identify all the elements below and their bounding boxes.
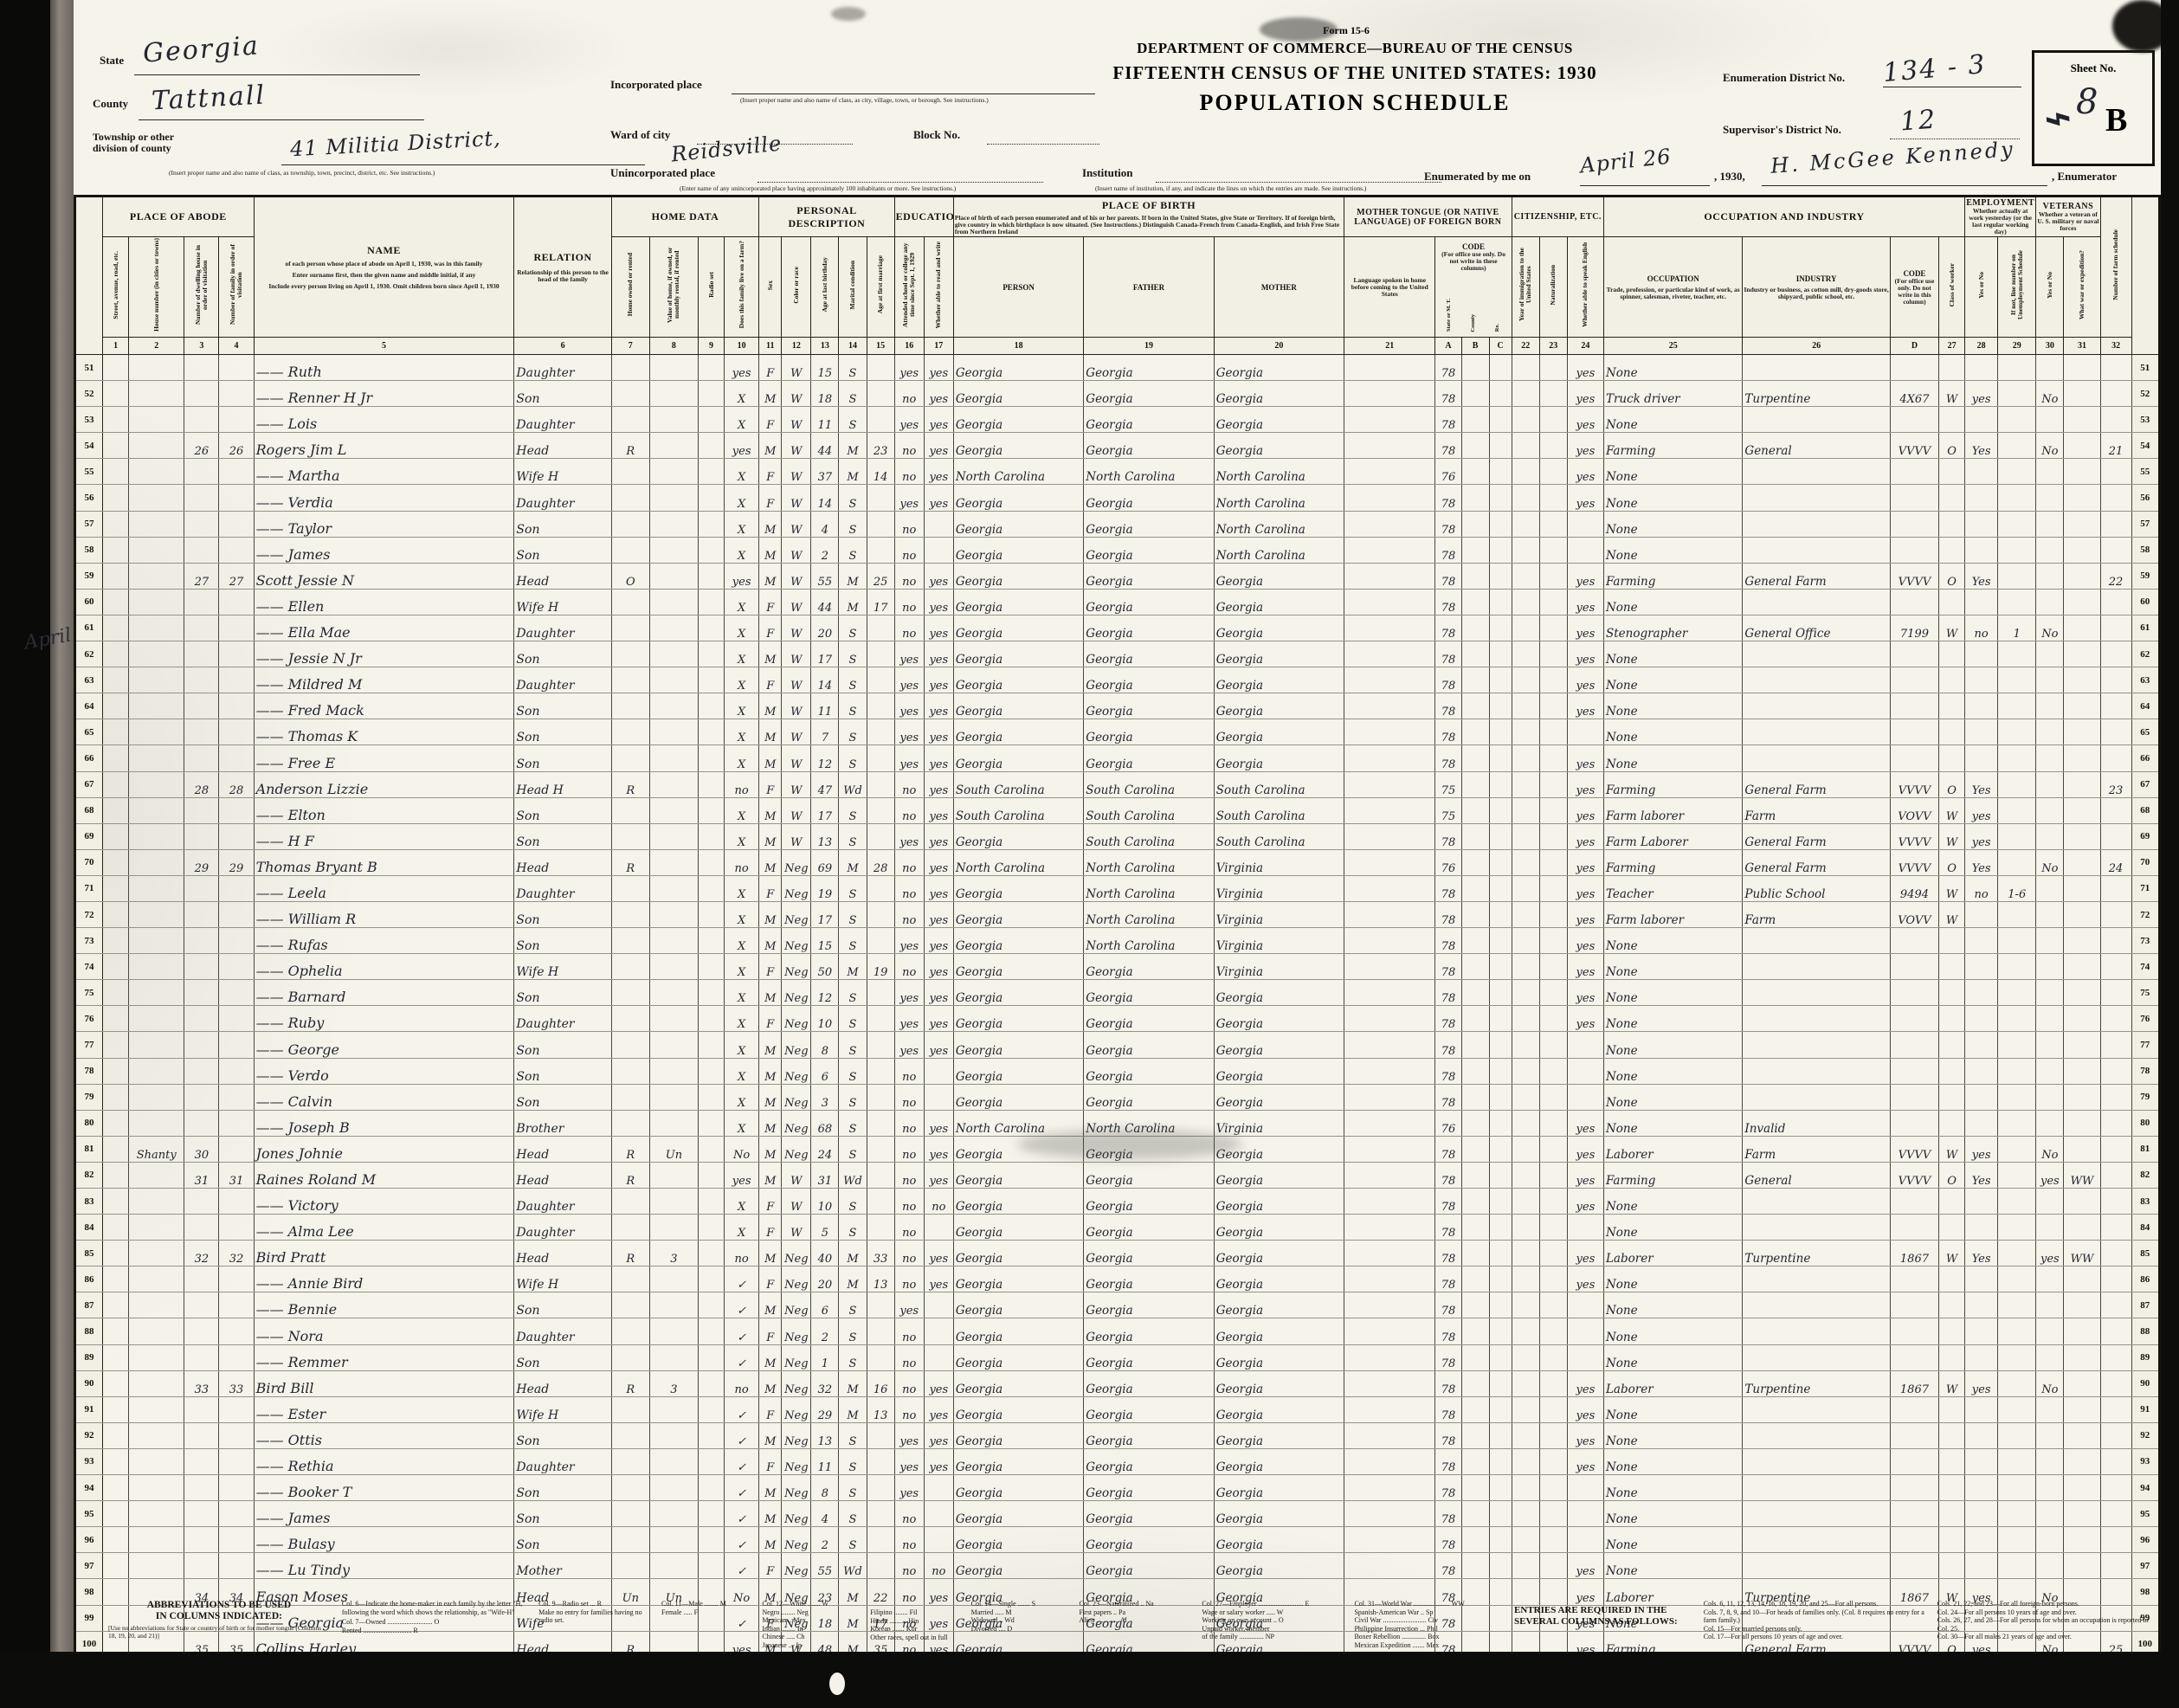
cell-rw	[924, 1344, 953, 1370]
cell-ag: 4	[811, 511, 839, 537]
cell-cr: Neg	[782, 1475, 811, 1501]
cell-pb: Georgia	[953, 1032, 1083, 1058]
cell-vl	[649, 459, 698, 485]
cell-wr	[2064, 381, 2100, 407]
cell-vl	[649, 1501, 698, 1527]
cell-pf: Georgia	[1084, 537, 1214, 563]
census-row: 55—— MarthaWife HXFW37M14noyesNorth Caro…	[75, 459, 2160, 485]
cell-lg	[1344, 1266, 1435, 1292]
cell-cb	[1461, 928, 1489, 954]
cell-nm: —— James	[254, 1501, 514, 1527]
cell-cr: Neg	[782, 1396, 811, 1422]
cell-cc	[1489, 407, 1512, 433]
cell-vt	[2036, 1318, 2064, 1344]
block-no-label: Block No.	[913, 128, 960, 142]
cell-fa: X	[725, 1189, 759, 1215]
cell-dw	[184, 1422, 219, 1448]
cell-hn	[129, 615, 184, 641]
cell-st	[103, 1006, 129, 1032]
cell-cw	[1939, 1266, 1965, 1292]
cell-cd	[1890, 1553, 1938, 1579]
cell-yi	[1512, 719, 1539, 745]
cell-cb	[1461, 1501, 1489, 1527]
cell-wr	[2064, 563, 2100, 589]
cell-pf: Georgia	[1084, 641, 1214, 667]
cell-wr	[2064, 511, 2100, 537]
line-number-right: 59	[2131, 563, 2159, 589]
cell-lg	[1344, 1136, 1435, 1162]
cell-na	[1539, 875, 1567, 901]
cell-nm: —— Bulasy	[254, 1527, 514, 1553]
cell-rd	[699, 1215, 725, 1241]
line-number: 80	[75, 1110, 103, 1136]
cell-pm: Georgia	[1214, 407, 1344, 433]
cell-rw: yes	[924, 667, 953, 693]
line-number: 62	[75, 641, 103, 667]
cell-rd	[699, 797, 725, 823]
cell-rl: Head	[514, 563, 611, 589]
cell-wr	[2064, 928, 2100, 954]
township-label: Township or other division of county	[93, 132, 174, 154]
cell-pf: Georgia	[1084, 381, 1214, 407]
cell-rw: yes	[924, 1032, 953, 1058]
cell-lg	[1344, 537, 1435, 563]
cell-in	[1743, 1553, 1890, 1579]
cell-ca: 76	[1435, 1110, 1461, 1136]
cell-lg	[1344, 667, 1435, 693]
cell-nm: Anderson Lizzie	[254, 771, 514, 797]
cell-sx: F	[759, 1318, 782, 1344]
cell-cb	[1461, 1110, 1489, 1136]
cell-pm: Georgia	[1214, 381, 1344, 407]
cell-wr	[2064, 641, 2100, 667]
cell-pb: Georgia	[953, 537, 1083, 563]
cell-fa: ✓	[725, 1448, 759, 1474]
legend-note: [Use no abbreviations for State or count…	[108, 1625, 330, 1640]
cell-pf: Georgia	[1084, 1501, 1214, 1527]
cell-ag: 44	[811, 433, 839, 459]
cell-fs	[2100, 511, 2131, 537]
cell-am	[867, 1215, 894, 1241]
cell-fm	[219, 485, 254, 511]
legend-col12: Col. 12—White ....... W Negro ........ N…	[762, 1600, 858, 1649]
cell-vl	[649, 1292, 698, 1318]
cell-hn	[129, 1215, 184, 1241]
cell-wr	[2064, 485, 2100, 511]
cell-nm: —— Ottis	[254, 1422, 514, 1448]
cell-hm	[611, 1553, 649, 1579]
cell-pb: Georgia	[953, 1318, 1083, 1344]
cell-ag: 31	[811, 1162, 839, 1188]
cell-cr: Neg	[782, 901, 811, 927]
cell-hm	[611, 875, 649, 901]
cell-in	[1743, 355, 1890, 381]
cell-ca: 78	[1435, 954, 1461, 980]
cell-dw	[184, 641, 219, 667]
cell-cr: W	[782, 823, 811, 849]
cell-yi	[1512, 745, 1539, 771]
cell-en: yes	[1567, 381, 1603, 407]
cell-cr: Neg	[782, 1292, 811, 1318]
cell-in: Farm	[1743, 901, 1890, 927]
cell-in: Invalid	[1743, 1110, 1890, 1136]
cell-st	[103, 1370, 129, 1396]
cell-rl: Wife H	[514, 1266, 611, 1292]
census-row: 823131Raines Roland MHeadRyesMW31Wdnoyes…	[75, 1162, 2160, 1188]
column-number: 2	[129, 338, 184, 355]
cell-lg	[1344, 1318, 1435, 1344]
line-number-right: 62	[2131, 641, 2159, 667]
cell-cc	[1489, 849, 1512, 875]
cell-sx: F	[759, 485, 782, 511]
cell-fa: X	[725, 381, 759, 407]
cell-cr: Neg	[782, 1501, 811, 1527]
col-class-of-worker-header: Class of worker	[1939, 237, 1965, 338]
cell-aw	[1965, 1422, 1998, 1448]
cell-sc: yes	[894, 1448, 924, 1474]
cell-cd	[1890, 537, 1938, 563]
cell-vt: No	[2036, 433, 2064, 459]
cell-na	[1539, 823, 1567, 849]
cell-cc	[1489, 797, 1512, 823]
cell-in: Turpentine	[1743, 381, 1890, 407]
cell-vt	[2036, 1110, 2064, 1136]
column-number: 25	[1603, 338, 1742, 355]
cell-sc: no	[894, 1241, 924, 1266]
cell-vt	[2036, 1189, 2064, 1215]
cell-ca: 78	[1435, 1215, 1461, 1241]
cell-mc: M	[839, 1396, 867, 1422]
cell-rw: yes	[924, 823, 953, 849]
census-row: 78—— VerdoSonXMNeg6SnoGeorgiaGeorgiaGeor…	[75, 1058, 2160, 1084]
cell-wr	[2064, 797, 2100, 823]
cell-hm	[611, 745, 649, 771]
cell-cr: W	[782, 1215, 811, 1241]
cell-rd	[699, 433, 725, 459]
cell-sx: F	[759, 1553, 782, 1579]
cell-cw	[1939, 641, 1965, 667]
cell-sc: no	[894, 771, 924, 797]
enumerated-by-label: Enumerated by me on	[1424, 170, 1531, 184]
cell-hm	[611, 693, 649, 719]
cell-sc: yes	[894, 745, 924, 771]
column-number: 14	[839, 338, 867, 355]
cell-hn	[129, 771, 184, 797]
cell-un	[1998, 1501, 2036, 1527]
cell-aw	[1965, 1058, 1998, 1084]
cell-vl	[649, 1110, 698, 1136]
cell-pf: Georgia	[1084, 667, 1214, 693]
cell-lg	[1344, 1084, 1435, 1110]
cell-cd	[1890, 954, 1938, 980]
cell-mc: S	[839, 511, 867, 537]
cell-hm	[611, 1084, 649, 1110]
line-number-right: 91	[2131, 1396, 2159, 1422]
cell-st	[103, 1448, 129, 1474]
cell-cd	[1890, 1318, 1938, 1344]
cell-fs	[2100, 797, 2131, 823]
cell-mc: M	[839, 589, 867, 615]
cell-in	[1743, 719, 1890, 745]
column-number: 18	[953, 338, 1083, 355]
cell-cd	[1890, 1448, 1938, 1474]
cell-lg	[1344, 797, 1435, 823]
cell-st	[103, 823, 129, 849]
cell-dw: 30	[184, 1136, 219, 1162]
line-number: 87	[75, 1292, 103, 1318]
cell-cc	[1489, 485, 1512, 511]
cell-pb: Georgia	[953, 433, 1083, 459]
column-number: 22	[1512, 338, 1539, 355]
cell-am: 25	[867, 563, 894, 589]
line-number-right: 92	[2131, 1422, 2159, 1448]
cell-wr	[2064, 1292, 2100, 1318]
cell-cb	[1461, 1527, 1489, 1553]
cell-vl	[649, 563, 698, 589]
code-c-label: Re.	[1494, 324, 1501, 332]
cell-fm	[219, 823, 254, 849]
cell-un	[1998, 641, 2036, 667]
cell-un	[1998, 928, 2036, 954]
cell-nm: —— Verdia	[254, 485, 514, 511]
column-number: 17	[924, 338, 953, 355]
cell-mc: M	[839, 433, 867, 459]
cell-fa: no	[725, 1370, 759, 1396]
cell-lg	[1344, 1032, 1435, 1058]
line-number: 72	[75, 901, 103, 927]
cell-rw: yes	[924, 1396, 953, 1422]
cell-cc	[1489, 1266, 1512, 1292]
cell-mc: M	[839, 954, 867, 980]
cell-pb: Georgia	[953, 1292, 1083, 1318]
cell-fa: X	[725, 901, 759, 927]
cell-st	[103, 1292, 129, 1318]
cell-ag: 4	[811, 1501, 839, 1527]
cell-cd	[1890, 693, 1938, 719]
cell-cr: Neg	[782, 1318, 811, 1344]
smudge-top-left	[831, 7, 866, 21]
cell-un	[1998, 1215, 2036, 1241]
col-speak-english-header: Whether able to speak English	[1567, 237, 1603, 338]
cell-cc	[1489, 823, 1512, 849]
cell-cd	[1890, 1189, 1938, 1215]
cell-cd: VVVV	[1890, 771, 1938, 797]
cell-vt: No	[2036, 1136, 2064, 1162]
cell-ca: 76	[1435, 849, 1461, 875]
cell-hm	[611, 667, 649, 693]
cell-am	[867, 355, 894, 381]
cell-rd	[699, 1370, 725, 1396]
cell-ca: 78	[1435, 901, 1461, 927]
cell-aw	[1965, 641, 1998, 667]
cell-sx: F	[759, 407, 782, 433]
cell-vl	[649, 719, 698, 745]
cell-rd	[699, 1475, 725, 1501]
cell-un	[1998, 745, 2036, 771]
column-number: 26	[1743, 338, 1890, 355]
cell-in	[1743, 1344, 1890, 1370]
cell-oc: Teacher	[1603, 875, 1742, 901]
cell-nm: —— Leela	[254, 875, 514, 901]
cell-yi	[1512, 511, 1539, 537]
cell-en: yes	[1567, 901, 1603, 927]
cell-na	[1539, 381, 1567, 407]
cell-aw: yes	[1965, 1370, 1998, 1396]
cell-pb: Georgia	[953, 1553, 1083, 1579]
cell-pm: Georgia	[1214, 719, 1344, 745]
cell-fs	[2100, 615, 2131, 641]
cell-vt	[2036, 589, 2064, 615]
cell-mc: S	[839, 1527, 867, 1553]
cell-ca: 78	[1435, 407, 1461, 433]
cell-lg	[1344, 381, 1435, 407]
cell-na	[1539, 1162, 1567, 1188]
cell-fa: ✓	[725, 1553, 759, 1579]
cell-pf: Georgia	[1084, 954, 1214, 980]
cell-cd	[1890, 485, 1938, 511]
cell-ca: 78	[1435, 485, 1461, 511]
legend-col14: Col. 14—Single ....... S Married ..... M…	[971, 1600, 1067, 1633]
cell-cb	[1461, 1370, 1489, 1396]
cell-un	[1998, 381, 2036, 407]
cell-st	[103, 1318, 129, 1344]
cell-rw: yes	[924, 1448, 953, 1474]
cell-cc	[1489, 693, 1512, 719]
cell-wr	[2064, 823, 2100, 849]
cell-en: yes	[1567, 1006, 1603, 1032]
cell-in	[1743, 954, 1890, 980]
cell-un	[1998, 797, 2036, 823]
line-number: 77	[75, 1032, 103, 1058]
cell-yi	[1512, 1475, 1539, 1501]
cell-vl	[649, 849, 698, 875]
cell-sc: no	[894, 433, 924, 459]
cell-fs	[2100, 823, 2131, 849]
cell-lg	[1344, 1370, 1435, 1396]
line-number-right: 80	[2131, 1110, 2159, 1136]
cell-cd	[1890, 1475, 1938, 1501]
cell-na	[1539, 980, 1567, 1006]
cell-rl: Son	[514, 537, 611, 563]
cell-vl	[649, 667, 698, 693]
cell-cw: W	[1939, 1241, 1965, 1266]
cell-na	[1539, 1058, 1567, 1084]
cell-nm: —— Free E	[254, 745, 514, 771]
cell-lg	[1344, 1162, 1435, 1188]
census-row: 77—— GeorgeSonXMNeg8SyesyesGeorgiaGeorgi…	[75, 1032, 2160, 1058]
cell-cb	[1461, 485, 1489, 511]
cell-vt	[2036, 1215, 2064, 1241]
cell-rw	[924, 1215, 953, 1241]
cell-fa: no	[725, 1241, 759, 1266]
cell-sx: F	[759, 875, 782, 901]
cell-hn	[129, 381, 184, 407]
cell-rl: Wife H	[514, 459, 611, 485]
cell-wr	[2064, 1189, 2100, 1215]
cell-cc	[1489, 459, 1512, 485]
cell-pb: Georgia	[953, 719, 1083, 745]
cell-st	[103, 485, 129, 511]
cell-sx: M	[759, 797, 782, 823]
cell-fa: X	[725, 823, 759, 849]
cell-na	[1539, 1032, 1567, 1058]
cell-in	[1743, 485, 1890, 511]
cell-pm: Georgia	[1214, 1241, 1344, 1266]
cell-dw	[184, 1344, 219, 1370]
cell-pb: Georgia	[953, 667, 1083, 693]
cell-vl	[649, 589, 698, 615]
cell-nm: —— Booker T	[254, 1475, 514, 1501]
cell-vl	[649, 1215, 698, 1241]
cell-nm: Jones Johnie	[254, 1136, 514, 1162]
cell-fm	[219, 693, 254, 719]
cell-yi	[1512, 1318, 1539, 1344]
cell-cd	[1890, 928, 1938, 954]
cell-oc: None	[1603, 1084, 1742, 1110]
cell-in: General Farm	[1743, 563, 1890, 589]
line-number-right: 52	[2131, 381, 2159, 407]
cell-wr	[2064, 1032, 2100, 1058]
cell-lg	[1344, 1396, 1435, 1422]
cell-rw: yes	[924, 980, 953, 1006]
cell-oc: None	[1603, 1553, 1742, 1579]
line-number-right: 74	[2131, 954, 2159, 980]
cell-pm: Georgia	[1214, 693, 1344, 719]
cell-fa: X	[725, 485, 759, 511]
cell-aw	[1965, 1553, 1998, 1579]
cell-nm: —— Verdo	[254, 1058, 514, 1084]
cell-cw	[1939, 537, 1965, 563]
cell-ca: 78	[1435, 1396, 1461, 1422]
cell-fm: 33	[219, 1370, 254, 1396]
cell-vt	[2036, 1006, 2064, 1032]
cell-vl	[649, 693, 698, 719]
cell-fa: No	[725, 1136, 759, 1162]
cell-vt	[2036, 719, 2064, 745]
cell-oc: None	[1603, 1189, 1742, 1215]
cell-nm: —— H F	[254, 823, 514, 849]
line-number-right: 56	[2131, 485, 2159, 511]
cell-dw	[184, 875, 219, 901]
cell-rd	[699, 537, 725, 563]
cell-pm: North Carolina	[1214, 459, 1344, 485]
cell-cr: Neg	[782, 1448, 811, 1474]
cell-hn	[129, 980, 184, 1006]
line-number-right: 86	[2131, 1266, 2159, 1292]
cell-hm	[611, 1266, 649, 1292]
cell-cw	[1939, 1475, 1965, 1501]
cell-hn	[129, 1553, 184, 1579]
cell-yi	[1512, 563, 1539, 589]
cell-lg	[1344, 1527, 1435, 1553]
cell-na	[1539, 355, 1567, 381]
cell-sc: no	[894, 615, 924, 641]
cell-na	[1539, 485, 1567, 511]
cell-nm: —— Joseph B	[254, 1110, 514, 1136]
cell-rw: yes	[924, 928, 953, 954]
cell-aw	[1965, 511, 1998, 537]
incorporated-place-label: Incorporated place	[610, 78, 702, 92]
cell-aw	[1965, 1448, 1998, 1474]
cell-cd: VVVV	[1890, 823, 1938, 849]
line-number: 74	[75, 954, 103, 980]
cell-cd	[1890, 667, 1938, 693]
cell-hn	[129, 1501, 184, 1527]
cell-fa: X	[725, 459, 759, 485]
cell-rl: Daughter	[514, 1215, 611, 1241]
cell-hm	[611, 355, 649, 381]
cell-ag: 11	[811, 407, 839, 433]
